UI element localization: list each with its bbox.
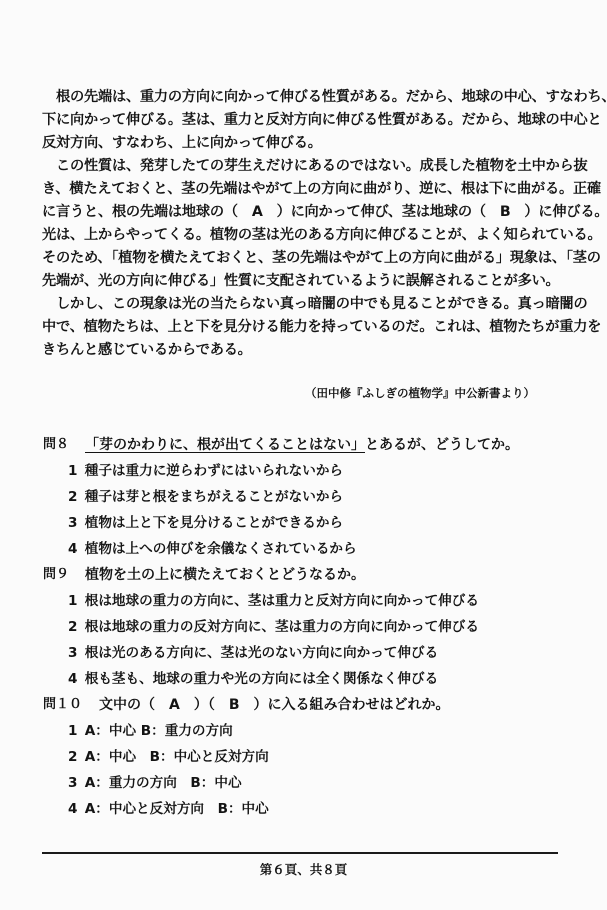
answer-option: 1 種子は重力に逆らわずにはいられないから	[43, 458, 563, 484]
passage-line: 下に向かって伸びる。茎は、重力と反対方向に伸びる性質がある。だから、地球の中心と	[42, 109, 562, 132]
question-9-prompt: 問９ 植物を土の上に横たえておくとどうなるか。	[43, 562, 563, 588]
question-text: 文中の（ A ）（ B ）に入る組み合わせはどれか。	[99, 692, 450, 718]
question-list: 問８ 「芽のかわりに、根が出てくることはない」とあるが、どうしてか。 1 種子は…	[43, 432, 563, 822]
answer-option: 4 植物は上への伸びを余儀なくされているから	[43, 536, 563, 562]
answer-option: 2 根は地球の重力の反対方向に、茎は重力の方向に向かって伸びる	[43, 614, 563, 640]
answer-option: 3 A：重力の方向 B：中心	[43, 770, 563, 796]
passage-line: そのため、「植物を横たえておくと、茎の先端はやがて上の方向に曲がる」現象は、「茎…	[42, 247, 562, 270]
passage-line: 光は、上からやってくる。植物の茎は光のある方向に伸びることが、よく知られている。	[42, 224, 562, 247]
footer-divider	[42, 852, 558, 854]
passage-line: しかし、この現象は光の当たらない真っ暗闇の中でも見ることができる。真っ暗闇の	[42, 293, 562, 316]
page-number: 第６頁、共８頁	[0, 860, 607, 878]
exam-page: 根の先端は、重力の方向に向かって伸びる性質がある。だから、地球の中心、すなわち、…	[0, 0, 607, 910]
passage-line: この性質は、発芽したての芽生えだけにあるのではない。成長した植物を土中から抜	[42, 155, 562, 178]
reading-passage: 根の先端は、重力の方向に向かって伸びる性質がある。だから、地球の中心、すなわち、…	[42, 86, 562, 362]
passage-line: きちんと感じているからである。	[42, 339, 562, 362]
answer-option: 3 根は光のある方向に、茎は光のない方向に向かって伸びる	[43, 640, 563, 666]
passage-line: 中で、植物たちは、上と下を見分ける能力を持っているのだ。これは、植物たちが重力を	[42, 316, 562, 339]
passage-line: 反対方向、すなわち、上に向かって伸びる。	[42, 132, 562, 155]
question-8-prompt: 問８ 「芽のかわりに、根が出てくることはない」とあるが、どうしてか。	[43, 432, 563, 458]
question-number: 問８	[43, 432, 85, 458]
answer-option: 4 A：中心と反対方向 B：中心	[43, 796, 563, 822]
answer-option: 1 A：中心 B：重力の方向	[43, 718, 563, 744]
passage-line: 先端が、光の方向に伸びる」性質に支配されているように誤解されることが多い。	[42, 270, 562, 293]
passage-line: 根の先端は、重力の方向に向かって伸びる性質がある。だから、地球の中心、すなわち、	[42, 86, 562, 109]
passage-line: き、横たえておくと、茎の先端はやがて上の方向に曲がり、逆に、根は下に曲がる。正確	[42, 178, 562, 201]
answer-option: 1 根は地球の重力の方向に、茎は重力と反対方向に向かって伸びる	[43, 588, 563, 614]
question-text: 植物を土の上に横たえておくとどうなるか。	[85, 562, 365, 588]
question-number: 問９	[43, 562, 85, 588]
answer-option: 4 根も茎も、地球の重力や光の方向には全く関係なく伸びる	[43, 666, 563, 692]
answer-option: 2 種子は芽と根をまちがえることがないから	[43, 484, 563, 510]
question-number: 問１０	[43, 692, 99, 718]
question-text: とあるが、どうしてか。	[365, 437, 519, 453]
question-10-prompt: 問１０ 文中の（ A ）（ B ）に入る組み合わせはどれか。	[43, 692, 563, 718]
underlined-quote: 「芽のかわりに、根が出てくることはない」	[85, 437, 365, 453]
passage-line: に言うと、根の先端は地球の（ A ）に向かって伸び、茎は地球の（ B ）に伸びる…	[42, 201, 562, 224]
answer-option: 3 植物は上と下を見分けることができるから	[43, 510, 563, 536]
answer-option: 2 A：中心 B：中心と反対方向	[43, 744, 563, 770]
source-citation: （田中修『ふしぎの植物学』中公新書より）	[305, 385, 535, 401]
